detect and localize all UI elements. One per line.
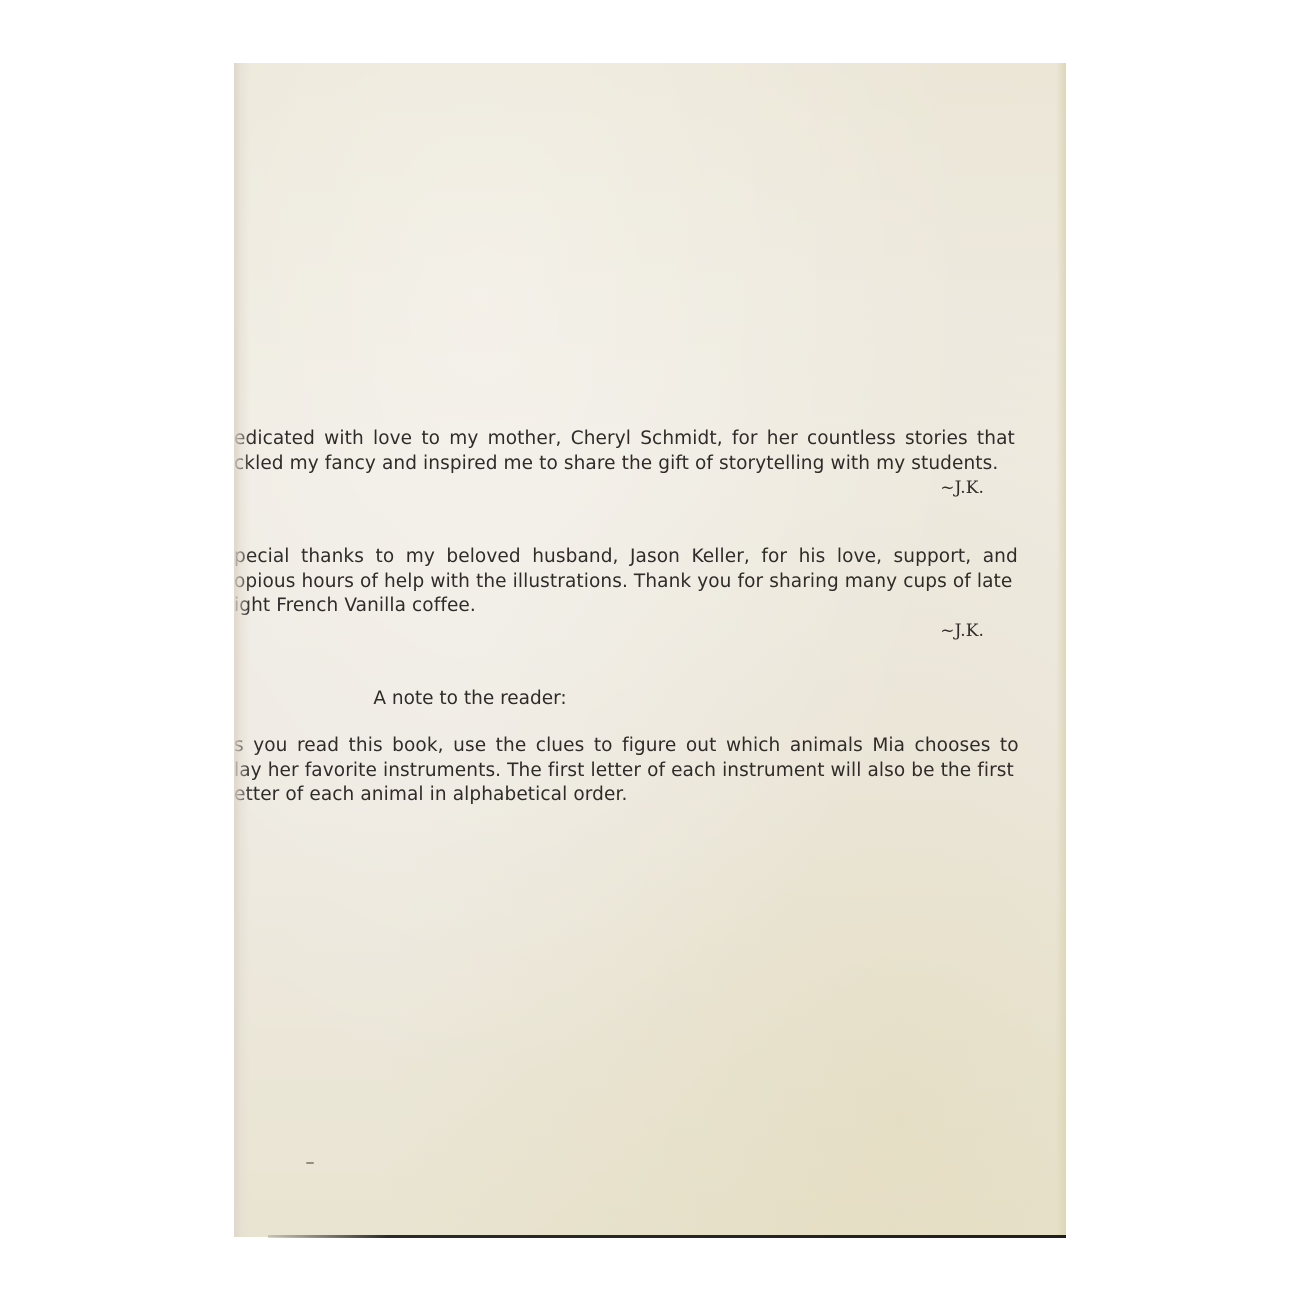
thanks-signature: ~J.K.: [234, 619, 984, 644]
dedication-signature: ~J.K.: [234, 476, 984, 501]
note-line-2: lay her favorite instruments. The first …: [234, 759, 986, 784]
thanks-line-3: ight French Vanilla coffee.: [234, 594, 984, 619]
thanks-paragraph: pecial thanks to my beloved husband, Jas…: [234, 545, 984, 643]
thanks-line-2: opious hours of help with the illustrati…: [234, 570, 984, 595]
note-line-1: s you read this book, use the clues to f…: [234, 734, 986, 759]
note-line-3: etter of each animal in alphabetical ord…: [234, 783, 986, 808]
page-bottom-edge: [268, 1235, 1066, 1238]
page-gutter-shadow: [234, 63, 250, 1237]
paper-speck: [306, 1162, 314, 1164]
dedication-line-2: ckled my fancy and inspired me to share …: [234, 452, 984, 477]
dedication-line-1: edicated with love to my mother, Cheryl …: [234, 427, 984, 452]
note-heading: A note to the reader:: [234, 687, 940, 711]
dedication-paragraph: edicated with love to my mother, Cheryl …: [234, 427, 984, 501]
note-paragraph: s you read this book, use the clues to f…: [234, 734, 986, 808]
thanks-line-1: pecial thanks to my beloved husband, Jas…: [234, 545, 984, 570]
book-page: edicated with love to my mother, Cheryl …: [234, 63, 1066, 1237]
